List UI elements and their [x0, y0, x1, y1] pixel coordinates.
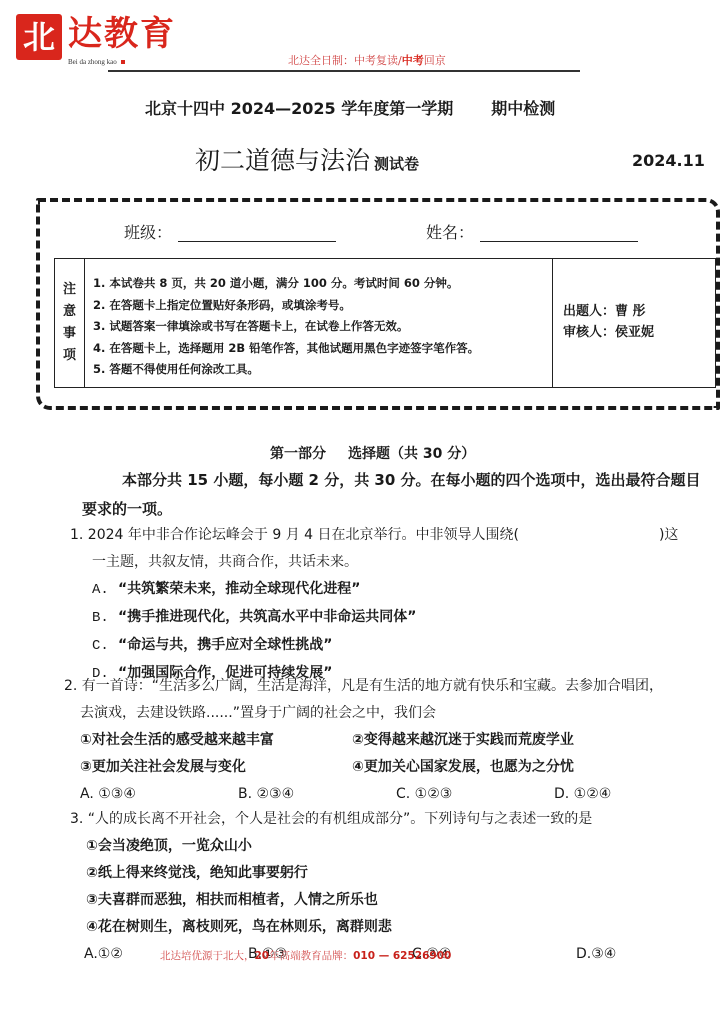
statement-item: ③夫喜群而恶独，相扶而相植者，人情之所乐也: [70, 887, 724, 914]
question-stem: 3. “人的成长离不开社会，个人是社会的有机组成部分”。下列诗句与之表述一致的是: [70, 806, 724, 833]
section-title: 第一部分选择题（共 30 分）: [270, 443, 475, 463]
choice-a[interactable]: A. ①③④: [80, 781, 238, 808]
header-slogan: 北达全日制：中考复读/中考回京: [288, 52, 446, 68]
question-stem-continued: 一主题，共叙友情，共商合作，共话未来。: [70, 549, 678, 576]
choice-c[interactable]: C. ①②③: [396, 781, 554, 808]
statement-item: ④花在树则生，离枝则死，鸟在林则乐，离群则悲: [70, 914, 724, 941]
exam-date: 2024.11: [632, 151, 705, 170]
subject-title: 初二道德与法治测试卷: [195, 141, 419, 177]
notice-item: 1. 本试卷共 8 页，共 20 道小题，满分 100 分。考试时间 60 分钟…: [93, 273, 552, 295]
brand-logo: 北 达教育 Bei da zhong kao: [16, 12, 216, 72]
footer-watermark: 北达培优源于北大，20年高端教育品牌：010 — 62526900: [160, 948, 451, 963]
choice-b[interactable]: B. ②③④: [238, 781, 396, 808]
notice-heading: 注 意 事 项: [55, 259, 85, 387]
question-stem-continued: 去演戏，去建设铁路......”置身于广阔的社会之中，我们会: [64, 700, 712, 727]
notice-item: 4. 在答题卡上，选择题用 2B 铅笔作答，其他试题用黑色字迹签字笔作答。: [93, 338, 552, 360]
option-b[interactable]: B.“携手推进现代化，共筑高水平中非命运共同体”: [70, 604, 678, 632]
question-2: 2. 有一首诗：“生活多么广阔，生活是海洋，凡是有生活的地方就有快乐和宝藏。去参…: [64, 673, 712, 808]
name-input-line[interactable]: [480, 241, 638, 242]
square-icon: [121, 60, 125, 64]
choice-d[interactable]: D.③④: [576, 941, 724, 968]
notice-item: 3. 试题答案一律填涂或书写在答题卡上，在试卷上作答无效。: [93, 316, 552, 338]
exam-heading: 北京十四中 2024—2025 学年度第一学期期中检测: [145, 96, 555, 119]
choice-row: A. ①③④ B. ②③④ C. ①②③ D. ①②④: [64, 781, 712, 808]
section-description: 本部分共 15 小题，每小题 2 分，共 30 分。在每小题的四个选项中，选出最…: [82, 466, 702, 524]
author: 出题人：曹 彤: [563, 301, 715, 322]
logo-name: 达教育: [68, 12, 176, 56]
question-stem: 2. 有一首诗：“生活多么广阔，生活是海洋，凡是有生活的地方就有快乐和宝藏。去参…: [64, 673, 712, 700]
question-1: 1. 2024 年中非合作论坛峰会于 9 月 4 日在北京举行。中非领导人围绕(…: [70, 522, 678, 688]
notice-item: 5. 答题不得使用任何涂改工具。: [93, 359, 552, 381]
notice-list: 1. 本试卷共 8 页，共 20 道小题，满分 100 分。考试时间 60 分钟…: [85, 259, 553, 387]
option-a[interactable]: A.“共筑繁荣未来，推动全球现代化进程”: [70, 576, 678, 604]
statement-item: ②变得越来越沉迷于实践而荒废学业: [352, 727, 624, 754]
class-field[interactable]: 班级：: [124, 220, 336, 243]
statement-item: ④更加关心国家发展，也愿为之分忧: [352, 754, 624, 781]
logo-seal-icon: 北: [16, 14, 62, 60]
option-c[interactable]: C.“命运与共，携手应对全球性挑战”: [70, 632, 678, 660]
statement-item: ①对社会生活的感受越来越丰富: [80, 727, 352, 754]
statement-item: ②纸上得来终觉浅，绝知此事要躬行: [70, 860, 724, 887]
notice-table: 注 意 事 项 1. 本试卷共 8 页，共 20 道小题，满分 100 分。考试…: [54, 258, 716, 388]
reviewer: 审核人：侯亚妮: [563, 322, 715, 343]
authors: 出题人：曹 彤 审核人：侯亚妮: [553, 259, 715, 387]
question-3: 3. “人的成长离不开社会，个人是社会的有机组成部分”。下列诗句与之表述一致的是…: [70, 806, 724, 968]
header-divider: [108, 70, 580, 72]
question-stem: 1. 2024 年中非合作论坛峰会于 9 月 4 日在北京举行。中非领导人围绕(…: [70, 522, 678, 549]
name-field[interactable]: 姓名：: [426, 220, 638, 243]
class-input-line[interactable]: [178, 241, 336, 242]
notice-item: 2. 在答题卡上指定位置贴好条形码，或填涂考号。: [93, 295, 552, 317]
statement-item: ③更加关注社会发展与变化: [80, 754, 352, 781]
statement-item: ①会当凌绝顶，一览众山小: [70, 833, 724, 860]
choice-d[interactable]: D. ①②④: [554, 781, 712, 808]
logo-subtitle: Bei da zhong kao: [68, 58, 125, 66]
statement-row: ①对社会生活的感受越来越丰富 ②变得越来越沉迷于实践而荒废学业: [64, 727, 712, 754]
statement-row: ③更加关注社会发展与变化 ④更加关心国家发展，也愿为之分忧: [64, 754, 712, 781]
